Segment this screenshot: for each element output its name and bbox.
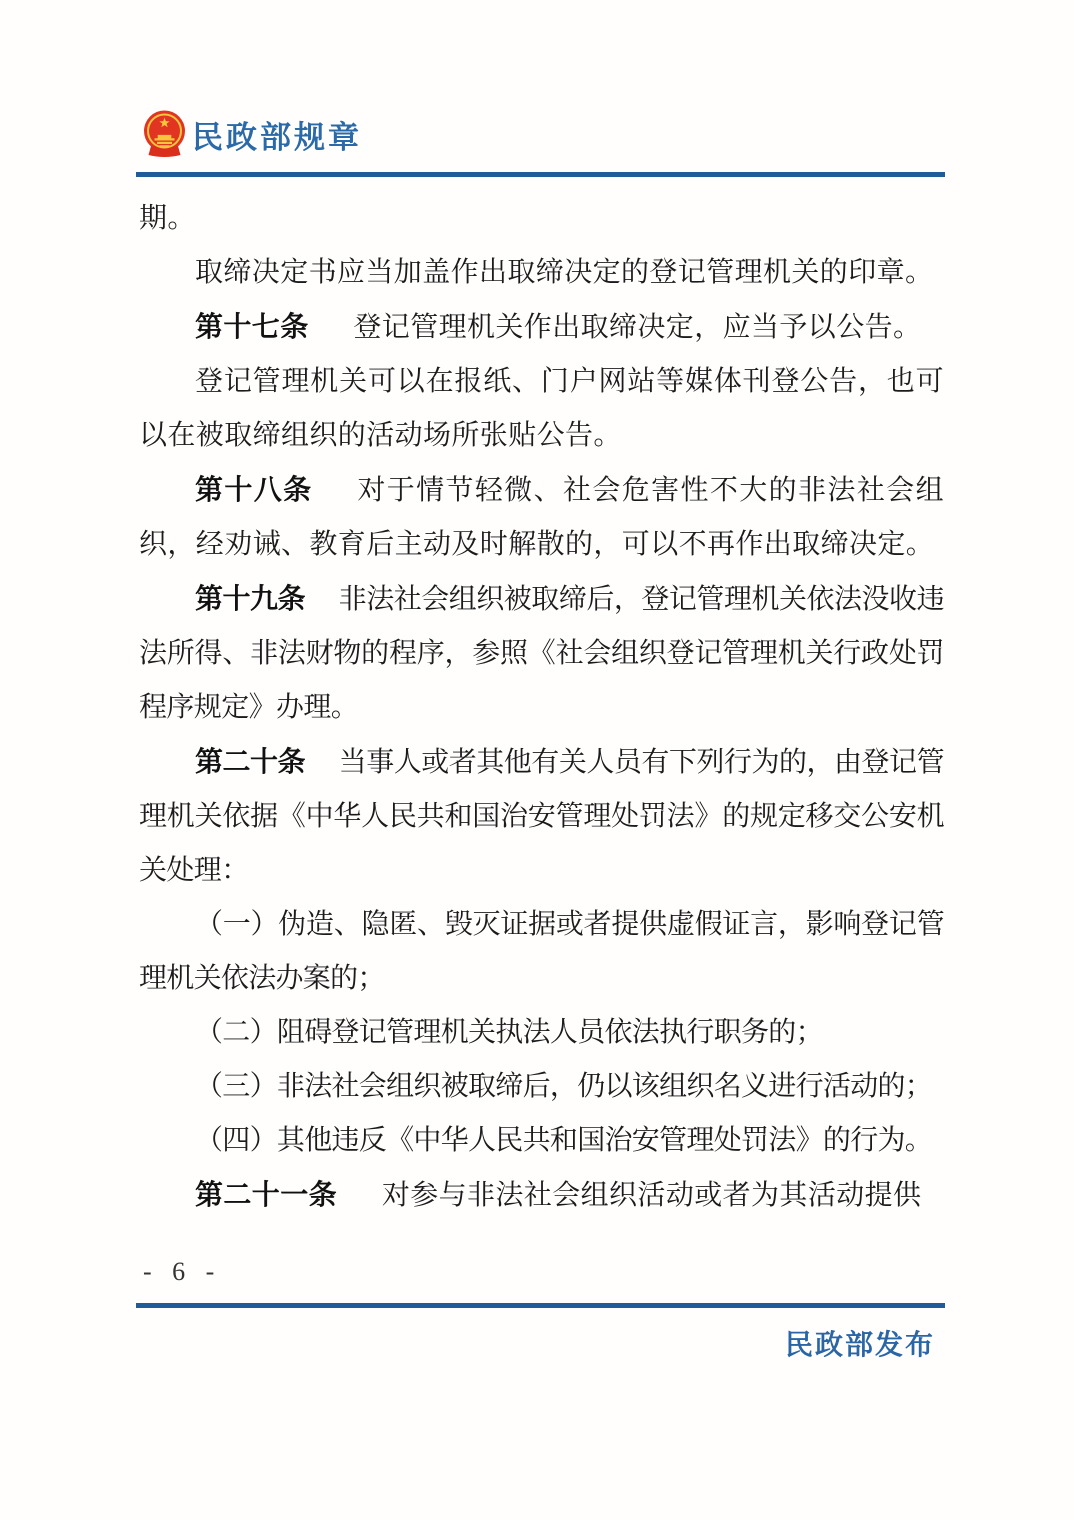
paragraph-article-19: 第十九条非法社会组织被取缔后，登记管理机关依法没收违法所得、非法财物的程序，参照… xyxy=(139,572,944,735)
list-item-4: （四）其他违反《中华人民共和国治安管理处罚法》的行为。 xyxy=(139,1114,944,1168)
article-number: 第十八条 xyxy=(195,474,313,505)
paragraph-article-20: 第二十条当事人或者其他有关人员有下列行为的，由登记管理机关依据《中华人民共和国治… xyxy=(139,735,944,898)
paragraph: 登记管理机关可以在报纸、门户网站等媒体刊登公告，也可以在被取缔组织的活动场所张贴… xyxy=(139,355,944,463)
national-emblem-icon xyxy=(142,110,187,159)
paragraph-article-21: 第二十一条对参与非法社会组织活动或者为其活动提供 xyxy=(139,1168,944,1223)
paragraph-article-18: 第十八条对于情节轻微、社会危害性不大的非法社会组织，经劝诫、教育后主动及时解散的… xyxy=(139,463,944,572)
article-number: 第十九条 xyxy=(195,583,305,614)
article-number: 第十七条 xyxy=(195,311,309,342)
header-divider xyxy=(136,172,945,177)
list-item-1: （一）伪造、隐匿、毁灭证据或者提供虚假证言，影响登记管理机关依法办案的； xyxy=(139,898,944,1006)
document-body: 期。 取缔决定书应当加盖作出取缔决定的登记管理机关的印章。 第十七条登记管理机关… xyxy=(139,192,944,1223)
page-number: - 6 - xyxy=(143,1252,221,1292)
paragraph-article-17: 第十七条登记管理机关作出取缔决定，应当予以公告。 xyxy=(139,300,944,355)
footer-divider xyxy=(136,1303,945,1308)
publisher-label: 民政部发布 xyxy=(785,1326,935,1366)
page-title: 民政部规章 xyxy=(192,112,362,157)
page-header: 民政部规章 xyxy=(142,108,945,160)
article-text: 对参与非法社会组织活动或者为其活动提供 xyxy=(382,1180,922,1211)
paragraph: 取缔决定书应当加盖作出取缔决定的登记管理机关的印章。 xyxy=(139,246,944,300)
list-item-2: （二）阻碍登记管理机关执法人员依法执行职务的； xyxy=(139,1006,944,1060)
article-number: 第二十条 xyxy=(195,746,305,777)
paragraph: 期。 xyxy=(139,192,944,246)
article-text: 登记管理机关作出取缔决定，应当予以公告。 xyxy=(353,312,921,343)
document-page: 民政部规章 期。 取缔决定书应当加盖作出取缔决定的登记管理机关的印章。 第十七条… xyxy=(0,0,1074,1520)
article-number: 第二十一条 xyxy=(195,1179,337,1210)
list-item-3: （三）非法社会组织被取缔后，仍以该组织名义进行活动的； xyxy=(139,1060,944,1114)
